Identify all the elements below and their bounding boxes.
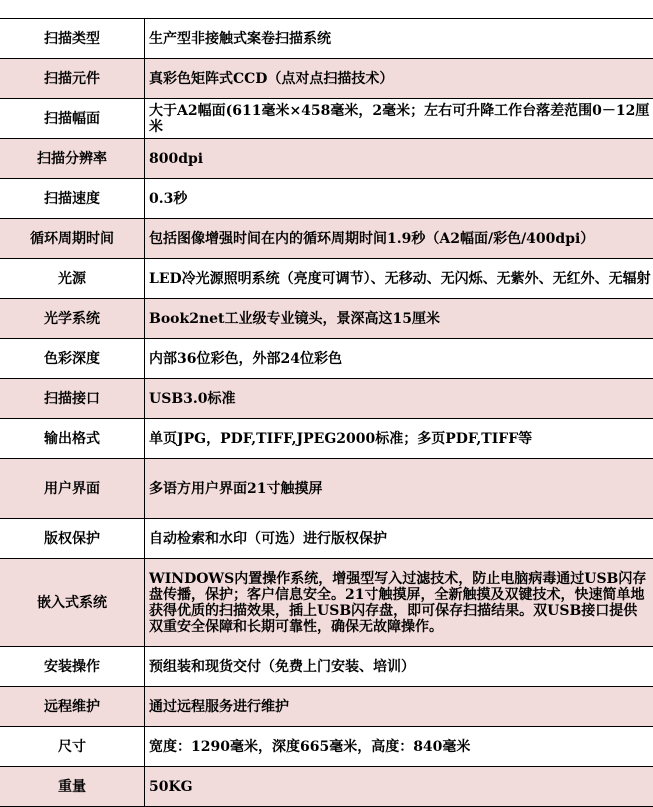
spec-row: 嵌入式系统 WINDOWS内置操作系统，增强型写入过滤技术，防止电脑病毒通过US… [0, 559, 653, 647]
spec-row: 重量 50KG [0, 767, 653, 807]
spec-row: 扫描类型 生产型非接触式案卷扫描系统 [0, 19, 653, 59]
spec-table-body: 扫描类型 生产型非接触式案卷扫描系统 扫描元件 真彩色矩阵式CCD（点对点扫描技… [0, 19, 653, 807]
spec-label: 扫描速度 [0, 179, 145, 219]
spec-row: 色彩深度 内部36位彩色，外部24位彩色 [0, 339, 653, 379]
spec-label: 安装操作 [0, 647, 145, 687]
spec-row: 扫描幅面 大于A2幅面(611毫米×458毫米，2毫米；左右可升降工作台落差范围… [0, 99, 653, 139]
spec-label: 用户界面 [0, 459, 145, 519]
spec-row: 扫描分辨率 800dpi [0, 139, 653, 179]
spec-value: 800dpi [145, 139, 653, 179]
spec-value: LED冷光源照明系统（亮度可调节）、无移动、无闪烁、无紫外、无红外、无辐射 [145, 259, 653, 299]
spec-value: 自动检索和水印（可选）进行版权保护 [145, 519, 653, 559]
spec-value: 包括图像增强时间在内的循环周期时间1.9秒（A2幅面/彩色/400dpi） [145, 219, 653, 259]
spec-label: 色彩深度 [0, 339, 145, 379]
spec-row: 用户界面 多语方用户界面21寸触摸屏 [0, 459, 653, 519]
spec-value: 0.3秒 [145, 179, 653, 219]
spec-row: 远程维护 通过远程服务进行维护 [0, 687, 653, 727]
spec-value: 宽度：1290毫米，深度665毫米，高度：840毫米 [145, 727, 653, 767]
spec-row: 扫描速度 0.3秒 [0, 179, 653, 219]
spec-value: 大于A2幅面(611毫米×458毫米，2毫米；左右可升降工作台落差范围0－12厘… [145, 99, 653, 139]
spec-label: 版权保护 [0, 519, 145, 559]
spec-label: 扫描分辨率 [0, 139, 145, 179]
spec-row: 输出格式 单页JPG，PDF,TIFF,JPEG2000标准；多页PDF,TIF… [0, 419, 653, 459]
spec-label: 光源 [0, 259, 145, 299]
spec-value: 50KG [145, 767, 653, 807]
spec-value: Book2net工业级专业镜头，景深高这15厘米 [145, 299, 653, 339]
spec-row: 扫描接口 USB3.0标准 [0, 379, 653, 419]
spec-value: 生产型非接触式案卷扫描系统 [145, 19, 653, 59]
spec-label: 输出格式 [0, 419, 145, 459]
spec-value: 真彩色矩阵式CCD（点对点扫描技术） [145, 59, 653, 99]
spec-row: 安装操作 预组装和现货交付（免费上门安装、培训） [0, 647, 653, 687]
spec-value: WINDOWS内置操作系统，增强型写入过滤技术，防止电脑病毒通过USB闪存盘传播… [145, 559, 653, 647]
spec-value: 多语方用户界面21寸触摸屏 [145, 459, 653, 519]
spec-label: 扫描类型 [0, 19, 145, 59]
spec-label: 光学系统 [0, 299, 145, 339]
spec-label: 重量 [0, 767, 145, 807]
spec-row: 光学系统 Book2net工业级专业镜头，景深高这15厘米 [0, 299, 653, 339]
spec-value: 内部36位彩色，外部24位彩色 [145, 339, 653, 379]
spec-row: 版权保护 自动检索和水印（可选）进行版权保护 [0, 519, 653, 559]
spec-label: 嵌入式系统 [0, 559, 145, 647]
spec-row: 扫描元件 真彩色矩阵式CCD（点对点扫描技术） [0, 59, 653, 99]
spec-table: 扫描类型 生产型非接触式案卷扫描系统 扫描元件 真彩色矩阵式CCD（点对点扫描技… [0, 18, 653, 807]
spec-value: 通过远程服务进行维护 [145, 687, 653, 727]
spec-label: 尺寸 [0, 727, 145, 767]
spec-label: 扫描元件 [0, 59, 145, 99]
spec-label: 循环周期时间 [0, 219, 145, 259]
spec-row: 光源 LED冷光源照明系统（亮度可调节）、无移动、无闪烁、无紫外、无红外、无辐射 [0, 259, 653, 299]
spec-label: 远程维护 [0, 687, 145, 727]
spec-label: 扫描接口 [0, 379, 145, 419]
spec-row: 尺寸 宽度：1290毫米，深度665毫米，高度：840毫米 [0, 727, 653, 767]
spec-label: 扫描幅面 [0, 99, 145, 139]
spec-value: USB3.0标准 [145, 379, 653, 419]
spec-row: 循环周期时间 包括图像增强时间在内的循环周期时间1.9秒（A2幅面/彩色/400… [0, 219, 653, 259]
spec-value: 单页JPG，PDF,TIFF,JPEG2000标准；多页PDF,TIFF等 [145, 419, 653, 459]
spec-value: 预组装和现货交付（免费上门安装、培训） [145, 647, 653, 687]
